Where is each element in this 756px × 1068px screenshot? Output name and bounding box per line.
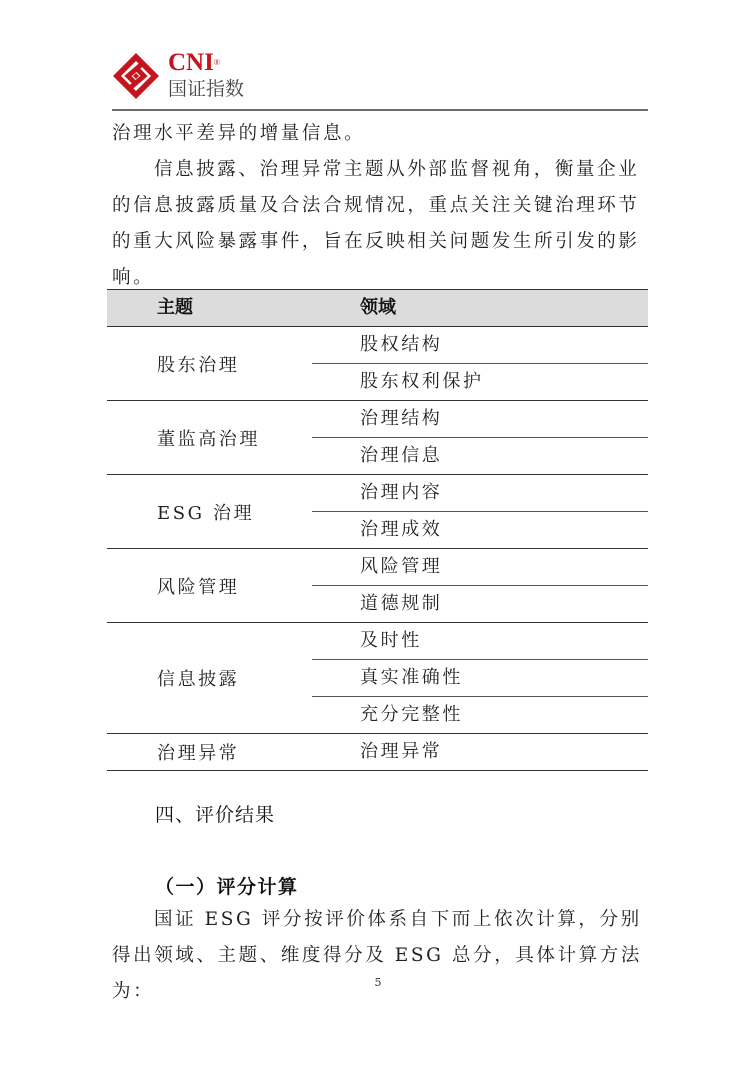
governance-topic-table: 主题 领域 股东治理 股权结构 股东权利保护 董监高治理 治理结构 治理信息 E… bbox=[107, 289, 648, 771]
field-cell: 道德规制 bbox=[312, 586, 648, 622]
topic-cell: 风险管理 bbox=[157, 549, 239, 622]
logo-brand-text: CNI® bbox=[168, 50, 220, 76]
field-cell: 治理异常 bbox=[312, 734, 648, 770]
page-header: CNI® 国证指数 bbox=[108, 48, 648, 106]
field-cell: 治理结构 bbox=[312, 401, 648, 438]
paragraph-disclosure: 信息披露、治理异常主题从外部监督视角，衡量企业的信息披露质量及合法合规情况，重点… bbox=[112, 152, 652, 296]
table-row-group: 信息披露 及时性 真实准确性 充分完整性 bbox=[107, 623, 648, 734]
field-cell: 治理信息 bbox=[312, 438, 648, 474]
column-header-topic: 主题 bbox=[157, 290, 193, 326]
field-cell: 及时性 bbox=[312, 623, 648, 660]
topic-cell: 董监高治理 bbox=[157, 401, 260, 474]
field-cell: 治理内容 bbox=[312, 475, 648, 512]
paragraph-scoring: 国证 ESG 评分按评价体系自下而上依次计算，分别得出领域、主题、维度得分及 E… bbox=[112, 902, 652, 1010]
field-cell: 治理成效 bbox=[312, 512, 648, 548]
field-cell: 充分完整性 bbox=[312, 697, 648, 733]
section-heading: 四、评价结果 bbox=[155, 800, 275, 827]
table-header-row: 主题 领域 bbox=[107, 289, 648, 327]
topic-cell: 股东治理 bbox=[157, 327, 239, 400]
table-row-group: ESG 治理 治理内容 治理成效 bbox=[107, 475, 648, 549]
field-cell: 风险管理 bbox=[312, 549, 648, 586]
table-row-group: 董监高治理 治理结构 治理信息 bbox=[107, 401, 648, 475]
cni-logo-icon bbox=[112, 52, 160, 100]
table-row-group: 风险管理 风险管理 道德规制 bbox=[107, 549, 648, 623]
column-header-field: 领域 bbox=[360, 290, 396, 326]
table-row-group: 治理异常 治理异常 bbox=[107, 734, 648, 771]
paragraph-continued: 治理水平差异的增量信息。 bbox=[112, 116, 652, 152]
header-divider bbox=[112, 109, 648, 111]
page-number: 5 bbox=[0, 976, 756, 989]
topic-cell: 信息披露 bbox=[157, 623, 239, 733]
logo-chinese-name: 国证指数 bbox=[168, 78, 244, 100]
field-cell: 股东权利保护 bbox=[312, 364, 648, 400]
table-row-group: 股东治理 股权结构 股东权利保护 bbox=[107, 327, 648, 401]
field-cell: 真实准确性 bbox=[312, 660, 648, 697]
topic-cell: 治理异常 bbox=[157, 734, 239, 770]
subsection-heading: （一）评分计算 bbox=[155, 872, 299, 899]
field-cell: 股权结构 bbox=[312, 327, 648, 364]
topic-cell: ESG 治理 bbox=[157, 475, 254, 548]
